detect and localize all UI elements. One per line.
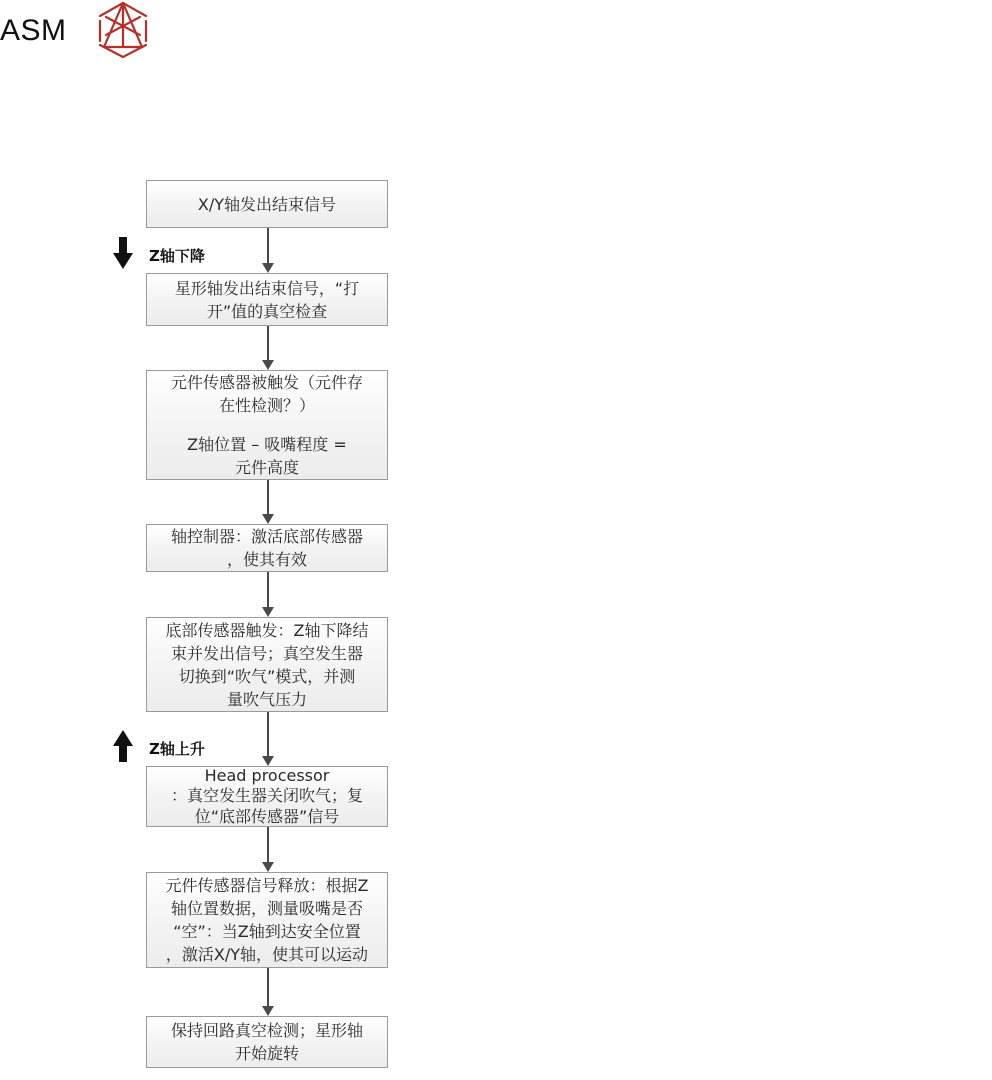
arrow-down-icon [113,237,133,269]
connector-line [267,572,269,608]
arrowhead-icon [262,360,274,370]
step-text: 轴位置数据，测量吸嘴是否 [171,897,363,920]
step-text: ：真空发生器关闭吹气；复 [171,785,363,806]
step-text: 在性检测？） [219,394,315,417]
step-box-8: 保持回路真空检测；星形轴 开始旋转 [146,1016,388,1068]
connector-line [267,827,269,863]
step-text: 保持回路真空检测；星形轴 [171,1019,363,1042]
step-box-4: 轴控制器：激活底部传感器 ，使其有效 [146,524,388,572]
z-axis-up-label: Z轴上升 [149,738,205,759]
step-text: 开”值的真空检查 [207,300,327,323]
arrowhead-icon [262,263,274,273]
arrowhead-icon [262,756,274,766]
step-text: 切换到“吹气”模式，并测 [179,665,356,688]
asm-hexagon-logo-icon [94,1,152,59]
step-text: 元件传感器信号释放：根据Z [166,874,369,897]
connector-line [267,480,269,515]
arrow-up-icon [113,730,133,762]
arrowhead-icon [262,862,274,872]
arrowhead-icon [262,607,274,617]
step-text: ，使其有效 [227,548,307,571]
step-text: ，激活X/Y轴，使其可以运动 [166,943,368,966]
step-box-2: 星形轴发出结束信号，“打 开”值的真空检查 [146,273,388,326]
step-text: 轴控制器：激活底部传感器 [171,525,363,548]
step-text: 星形轴发出结束信号，“打 [175,277,359,300]
step-text: “空”：当Z轴到达安全位置 [173,920,361,943]
step-text: 元件传感器被触发（元件存 [171,371,363,394]
step-text: 量吹气压力 [227,688,307,711]
connector-line [267,968,269,1007]
arrowhead-icon [262,514,274,524]
arrowhead-icon [262,1006,274,1016]
step-text: 束并发出信号；真空发生器 [171,642,363,665]
logo-text: ASM [0,14,67,48]
z-axis-down-label: Z轴下降 [149,245,205,266]
step-box-5: 底部传感器触发：Z轴下降结 束并发出信号；真空发生器 切换到“吹气”模式，并测 … [146,617,388,712]
connector-line [267,712,269,757]
step-box-3: 元件传感器被触发（元件存 在性检测？） Z轴位置 – 吸嘴程度 = 元件高度 [146,370,388,480]
asm-logo: ASM [0,0,160,62]
step-text: 元件高度 [235,456,299,479]
step-box-1: X/Y轴发出结束信号 [146,180,388,228]
connector-line [267,228,269,264]
step-text: Head processor [205,767,330,785]
connector-line [267,326,269,361]
step-text: 开始旋转 [235,1042,299,1065]
step-box-7: 元件传感器信号释放：根据Z 轴位置数据，测量吸嘴是否 “空”：当Z轴到达安全位置… [146,872,388,968]
step-text: Z轴位置 – 吸嘴程度 = [187,433,347,456]
step-text: X/Y轴发出结束信号 [198,193,336,216]
step-text: 底部传感器触发：Z轴下降结 [166,619,369,642]
step-text: 位“底部传感器”信号 [195,806,340,827]
step-box-6: Head processor ：真空发生器关闭吹气；复 位“底部传感器”信号 [146,766,388,827]
